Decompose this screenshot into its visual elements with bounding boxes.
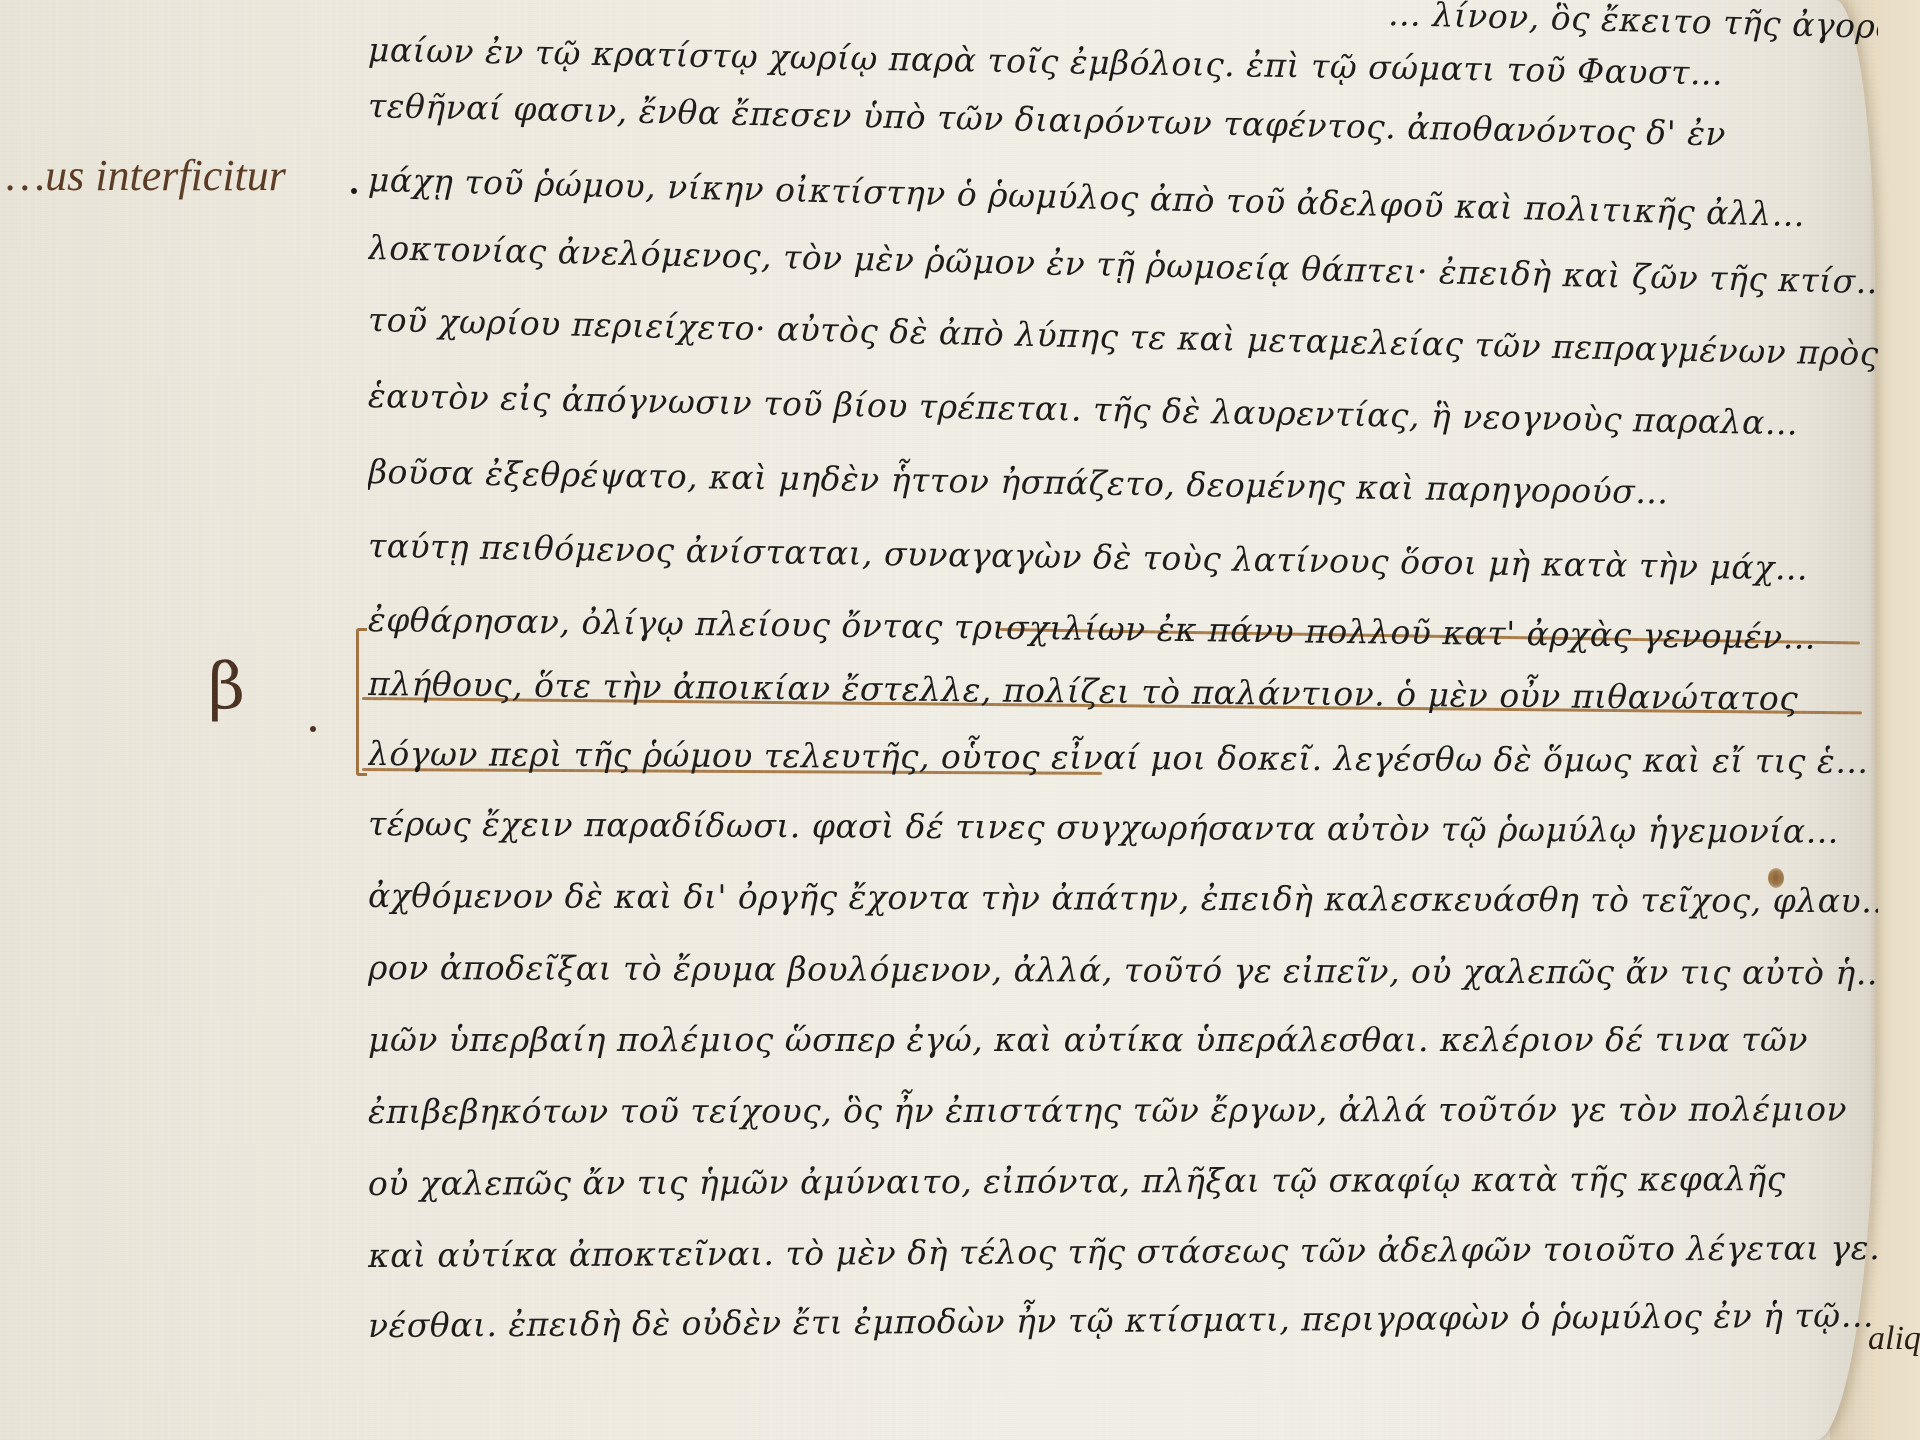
text-line-annotated: ἐφθάρησαν, ὀλίγῳ πλείους ὄντας τρισχιλίω…	[368, 600, 1816, 657]
manuscript-photo: …us interficitur β … λίνον, ὃς ἔκειτο τῆ…	[0, 0, 1920, 1440]
text-line: νέσθαι. ἐπειδὴ δὲ οὐδὲν ἔτι ἐμποδὼν ἦν τ…	[368, 1295, 1874, 1345]
margin-dot	[351, 188, 357, 194]
text-line: τέρως ἔχειν παραδίδωσι. φασὶ δέ τινες συ…	[368, 804, 1839, 851]
text-line: μάχῃ τοῦ ῥώμου, νίκην οἰκτίστην ὁ ῥωμύλο…	[368, 160, 1806, 234]
text-line: καὶ αὐτίκα ἀποκτεῖναι. τὸ μὲν δὴ τέλος τ…	[368, 1228, 1878, 1275]
text-line: μῶν ὑπερβαίη πολέμιος ὥσπερ ἐγώ, καὶ αὐτ…	[368, 1020, 1808, 1059]
text-line: λοκτονίας ἀνελόμενος, τὸν μὲν ῥῶμον ἐν τ…	[368, 228, 1878, 302]
text-line: ἐπιβεβηκότων τοῦ τείχους, ὃς ἦν ἐπιστάτη…	[368, 1089, 1847, 1131]
text-line: … λίνον, ὃς ἔκειτο τῆς ἀγορᾶς τῆς …	[1387, 0, 1878, 50]
text-line-annotated: λόγων περὶ τῆς ῥώμου τελευτῆς, οὗτος εἶν…	[368, 734, 1869, 781]
text-line-annotated: πλήθους, ὅτε τὴν ἀποικίαν ἔστελλε, πολίζ…	[368, 664, 1798, 718]
text-line: βοῦσα ἐξεθρέψατο, καὶ μηδὲν ἧττον ἠσπάζε…	[368, 452, 1669, 511]
text-line: μαίων ἐν τῷ κρατίστῳ χωρίῳ παρὰ τοῖς ἐμβ…	[368, 30, 1724, 93]
text-line: οὐ χαλεπῶς ἄν τις ἡμῶν ἀμύναιτο, εἰπόντα…	[368, 1159, 1786, 1203]
text-line: τεθῆναί φασιν, ἔνθα ἔπεσεν ὑπὸ τῶν διαιρ…	[368, 86, 1726, 153]
margin-dot	[310, 726, 316, 732]
text-line: τοῦ χωρίου περιείχετο· αὐτὸς δὲ ἀπὸ λύπη…	[368, 300, 1878, 373]
main-text: … λίνον, ὃς ἔκειτο τῆς ἀγορᾶς τῆς … μαίω…	[368, 0, 1878, 1440]
text-line: ρον ἀποδεῖξαι τὸ ἔρυμα βουλόμενον, ἀλλά,…	[368, 948, 1878, 992]
text-line: ἀχθόμενον δὲ καὶ δι' ὀργῆς ἔχοντα τὴν ἀπ…	[368, 876, 1878, 920]
text-line: ἑαυτὸν εἰς ἀπόγνωσιν τοῦ βίου τρέπεται. …	[368, 376, 1799, 442]
margin-note-left: …us interficitur	[6, 150, 286, 201]
annotation-bracket	[356, 628, 367, 776]
margin-mark-beta: β	[208, 650, 245, 724]
margin-note-right: aliqua…	[1868, 1320, 1920, 1358]
manuscript-leaf: …us interficitur β … λίνον, ὃς ἔκειτο τῆ…	[0, 0, 1875, 1440]
text-line: ταύτῃ πειθόμενος ἀνίσταται, συναγαγὼν δὲ…	[368, 526, 1809, 588]
